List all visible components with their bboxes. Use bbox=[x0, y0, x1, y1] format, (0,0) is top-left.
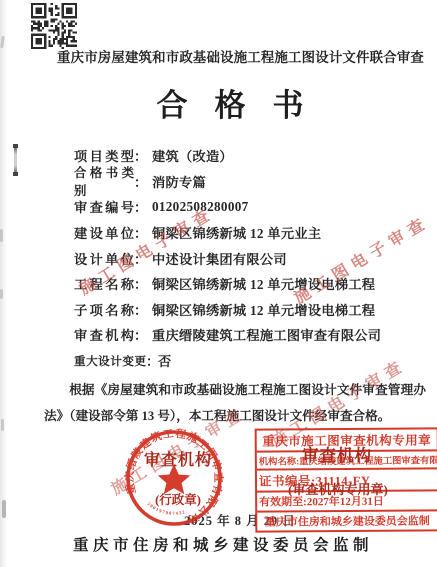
field-row-major-design-change: 重大设计变更：否 bbox=[74, 348, 429, 374]
field-colon: ： bbox=[134, 274, 146, 293]
field-colon: ： bbox=[134, 223, 146, 242]
field-value: 铜梁区锦绣新城 12 单元增设电梯工程 bbox=[152, 300, 375, 319]
seal-overlay-admin-type: (行政章) bbox=[140, 490, 216, 508]
field-colon: ： bbox=[146, 351, 152, 370]
stamp-footer-row: 重庆市住房和城乡建设委员会监制 bbox=[257, 511, 437, 530]
field-value: 否 bbox=[158, 351, 172, 370]
scan-ink-mark bbox=[14, 146, 17, 174]
document-main-title: 合格书 bbox=[0, 80, 437, 125]
field-label: 合格书类别 bbox=[74, 163, 134, 199]
field-colon: ： bbox=[134, 325, 146, 344]
field-value: 消防专篇 bbox=[152, 172, 206, 191]
field-row-subproject-name: 子项名称：铜梁区锦绣新城 12 单元增设电梯工程 bbox=[74, 297, 429, 323]
qr-code bbox=[30, 3, 78, 49]
field-colon: ： bbox=[134, 146, 146, 165]
field-colon: ： bbox=[134, 249, 146, 268]
field-value: 建筑（改造） bbox=[152, 146, 233, 165]
stamp-overlay-agency-name: 审查机构 bbox=[297, 442, 377, 466]
field-value: 01202508280007 bbox=[152, 199, 249, 215]
scan-smudge bbox=[1, 419, 4, 431]
field-row-review-agency: 审查机构：重庆缙陵建筑工程施工图审查有限公司 bbox=[74, 322, 429, 348]
field-value: 铜梁区锦绣新城 12 单元增设电梯工程 bbox=[152, 274, 375, 293]
field-label: 工程名称 bbox=[74, 274, 134, 293]
field-value: 铜梁区锦绣新城 12 单元业主 bbox=[152, 223, 321, 242]
field-label: 重大设计变更 bbox=[74, 353, 146, 369]
field-colon: ： bbox=[134, 300, 146, 319]
scan-smudge bbox=[0, 289, 3, 299]
field-row-construction-unit: 建设单位：铜梁区锦绣新城 12 单元业主 bbox=[74, 220, 429, 246]
field-value: 重庆缙陵建筑工程施工图审查有限公司 bbox=[152, 325, 381, 344]
stamp-overlay-seal-type: (审查机构专用章) bbox=[288, 479, 388, 498]
field-value: 中述设计集团有限公司 bbox=[152, 249, 287, 268]
field-row-project-name: 工程名称：铜梁区锦绣新城 12 单元增设电梯工程 bbox=[74, 271, 429, 297]
approval-statement: 根据《房屋建筑和市政基础设施工程施工图设计文件审查管理办法》（建设部令第 13 … bbox=[44, 378, 426, 429]
field-row-design-unit: 设计单位：中述设计集团有限公司 bbox=[74, 245, 429, 271]
field-row-review-number: 审查编号：01202508280007 bbox=[74, 194, 429, 220]
supervising-authority: 重庆市住房和城乡建设委员会监制 bbox=[0, 533, 437, 555]
circular-admin-seal: 重庆缙陵建筑工程施工图审查有限公司 500197807432 bbox=[119, 423, 229, 533]
field-label: 建设单位 bbox=[74, 223, 134, 242]
field-list: 项目类型：建筑（改造） 合格书类别：消防专篇 审查编号：012025082800… bbox=[74, 143, 429, 373]
field-row-certificate-category: 合格书类别：消防专篇 bbox=[74, 169, 429, 195]
field-colon: ： bbox=[134, 197, 146, 216]
field-label: 审查编号 bbox=[74, 197, 134, 216]
document-header-title: 重庆市房屋建筑和市政基础设施工程施工图设计文件联合审查 bbox=[50, 47, 431, 66]
scan-smudge bbox=[0, 229, 3, 242]
field-label: 审查机构 bbox=[74, 325, 134, 344]
field-colon: ： bbox=[134, 172, 146, 191]
field-label: 设计单位 bbox=[74, 249, 134, 268]
seal-overlay-agency-name: 审查机构 bbox=[138, 447, 218, 470]
certificate-page: 重庆市房屋建筑和市政基础设施工程施工图设计文件联合审查 合格书 项目类型：建筑（… bbox=[0, 0, 437, 567]
field-label: 子项名称 bbox=[74, 300, 134, 319]
